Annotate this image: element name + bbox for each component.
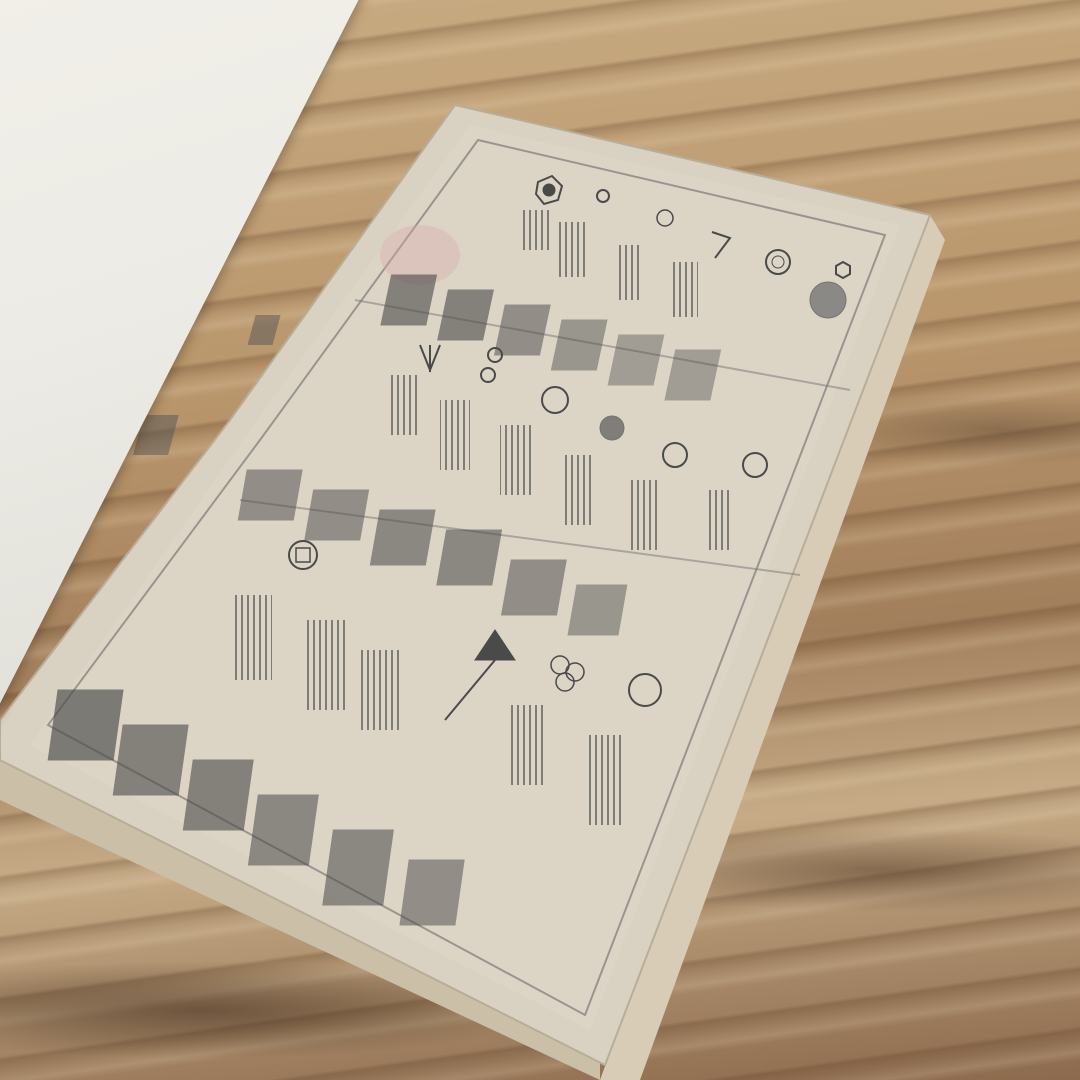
fringe-standard-icon bbox=[305, 620, 345, 710]
fringe-standard-2-icon bbox=[360, 650, 400, 730]
